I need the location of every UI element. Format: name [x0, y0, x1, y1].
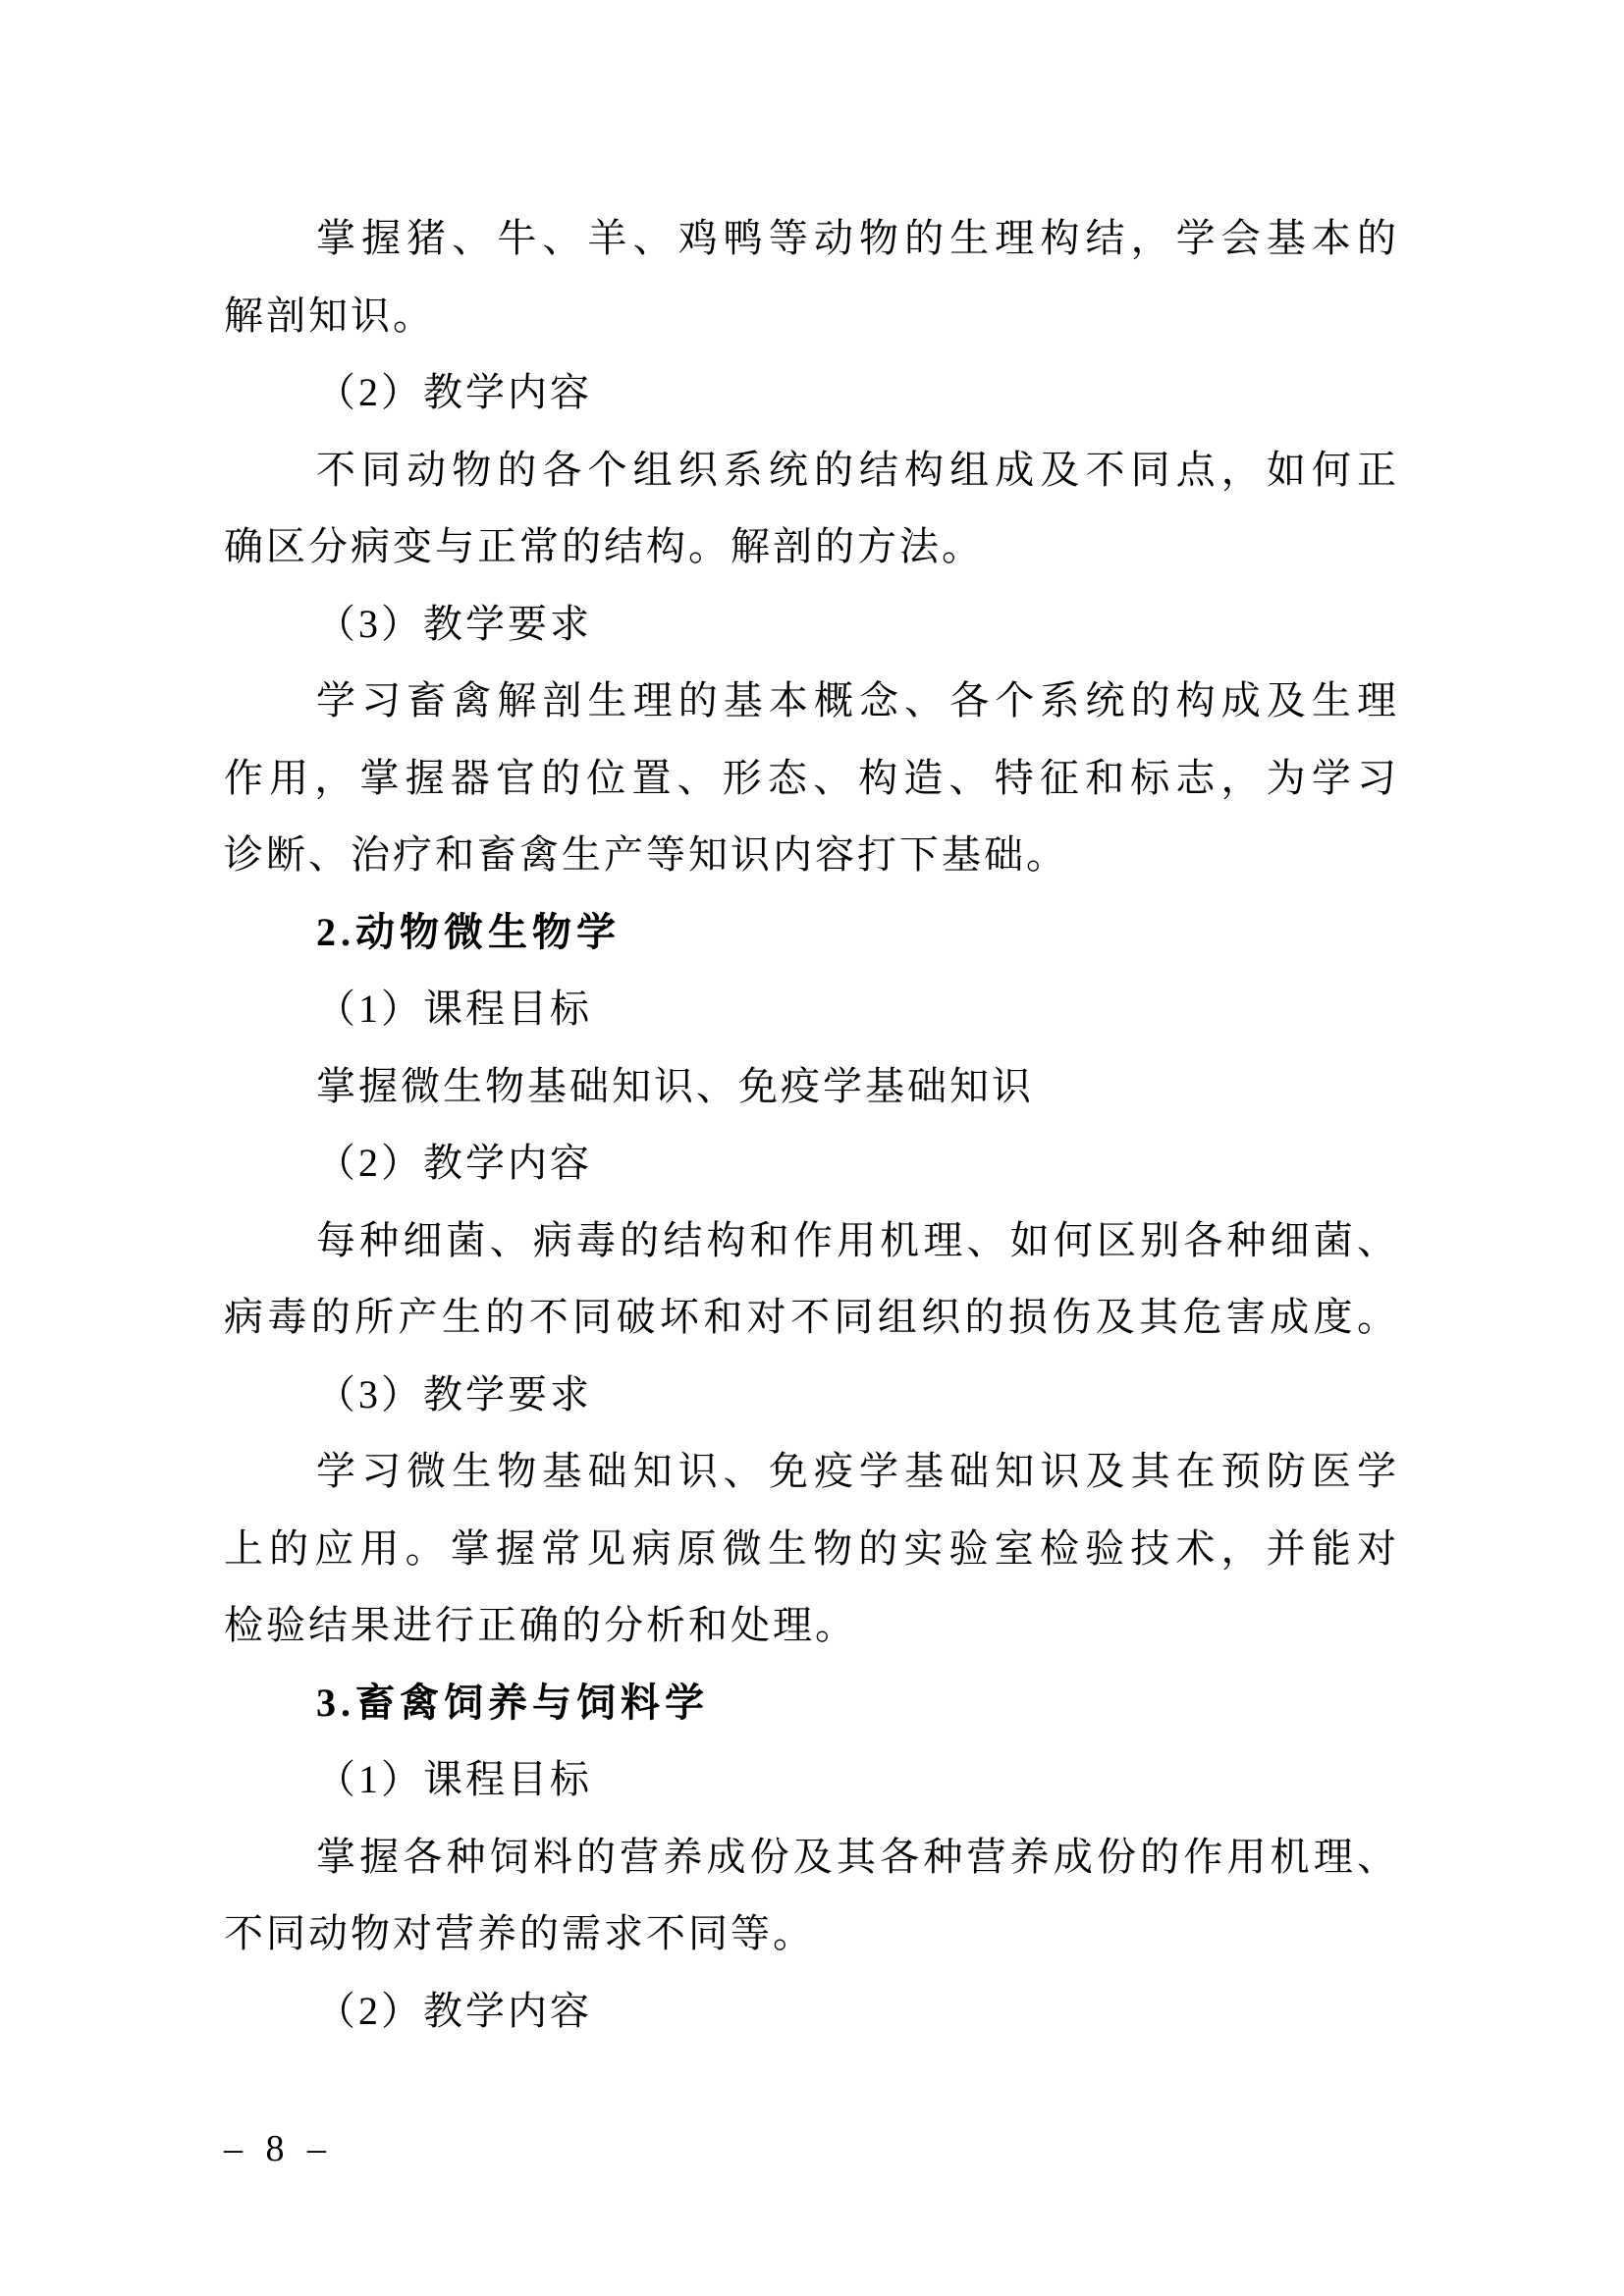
text-line: （2）教学内容: [224, 354, 1396, 432]
text-line: 确区分病变与正常的结构。解剖的方法。: [224, 508, 1396, 586]
text-line: 不同动物对营养的需求不同等。: [224, 1896, 1396, 1973]
page-number: – 8 –: [224, 2126, 328, 2171]
text-line: 掌握各种饲料的营养成份及其各种营养成份的作用机理、: [224, 1819, 1396, 1896]
text-line: 掌握猪、牛、羊、鸡鸭等动物的生理构结，学会基本的: [224, 200, 1396, 278]
text-line: 上的应用。掌握常见病原微生物的实验室检验技术，并能对: [224, 1511, 1396, 1588]
text-line: 检验结果进行正确的分析和处理。: [224, 1587, 1396, 1665]
text-line: （3）教学要求: [224, 1357, 1396, 1434]
text-line: 学习畜禽解剖生理的基本概念、各个系统的构成及生理: [224, 663, 1396, 740]
text-line: （2）教学内容: [224, 1125, 1396, 1202]
text-line: （1）课程目标: [224, 971, 1396, 1048]
section-heading: 2.动物微生物学: [224, 894, 1396, 972]
text-line: （2）教学内容: [224, 1973, 1396, 2051]
text-line: （1）课程目标: [224, 1741, 1396, 1819]
text-line: 病毒的所产生的不同破坏和对不同组织的损伤及其危害成度。: [224, 1279, 1396, 1357]
text-line: 作用，掌握器官的位置、形态、构造、特征和标志，为学习: [224, 740, 1396, 818]
text-line: 每种细菌、病毒的结构和作用机理、如何区别各种细菌、: [224, 1202, 1396, 1280]
text-line: （3）教学要求: [224, 586, 1396, 664]
text-line: 学习微生物基础知识、免疫学基础知识及其在预防医学: [224, 1433, 1396, 1511]
document-body: 掌握猪、牛、羊、鸡鸭等动物的生理构结，学会基本的解剖知识。（2）教学内容不同动物…: [224, 200, 1396, 2050]
document-page: 掌握猪、牛、羊、鸡鸭等动物的生理构结，学会基本的解剖知识。（2）教学内容不同动物…: [0, 0, 1624, 2296]
text-line: 解剖知识。: [224, 278, 1396, 355]
text-line: 诊断、治疗和畜禽生产等知识内容打下基础。: [224, 817, 1396, 894]
text-line: 不同动物的各个组织系统的结构组成及不同点，如何正: [224, 432, 1396, 509]
section-heading: 3.畜禽饲养与饲料学: [224, 1665, 1396, 1742]
text-line: 掌握微生物基础知识、免疫学基础知识: [224, 1048, 1396, 1126]
